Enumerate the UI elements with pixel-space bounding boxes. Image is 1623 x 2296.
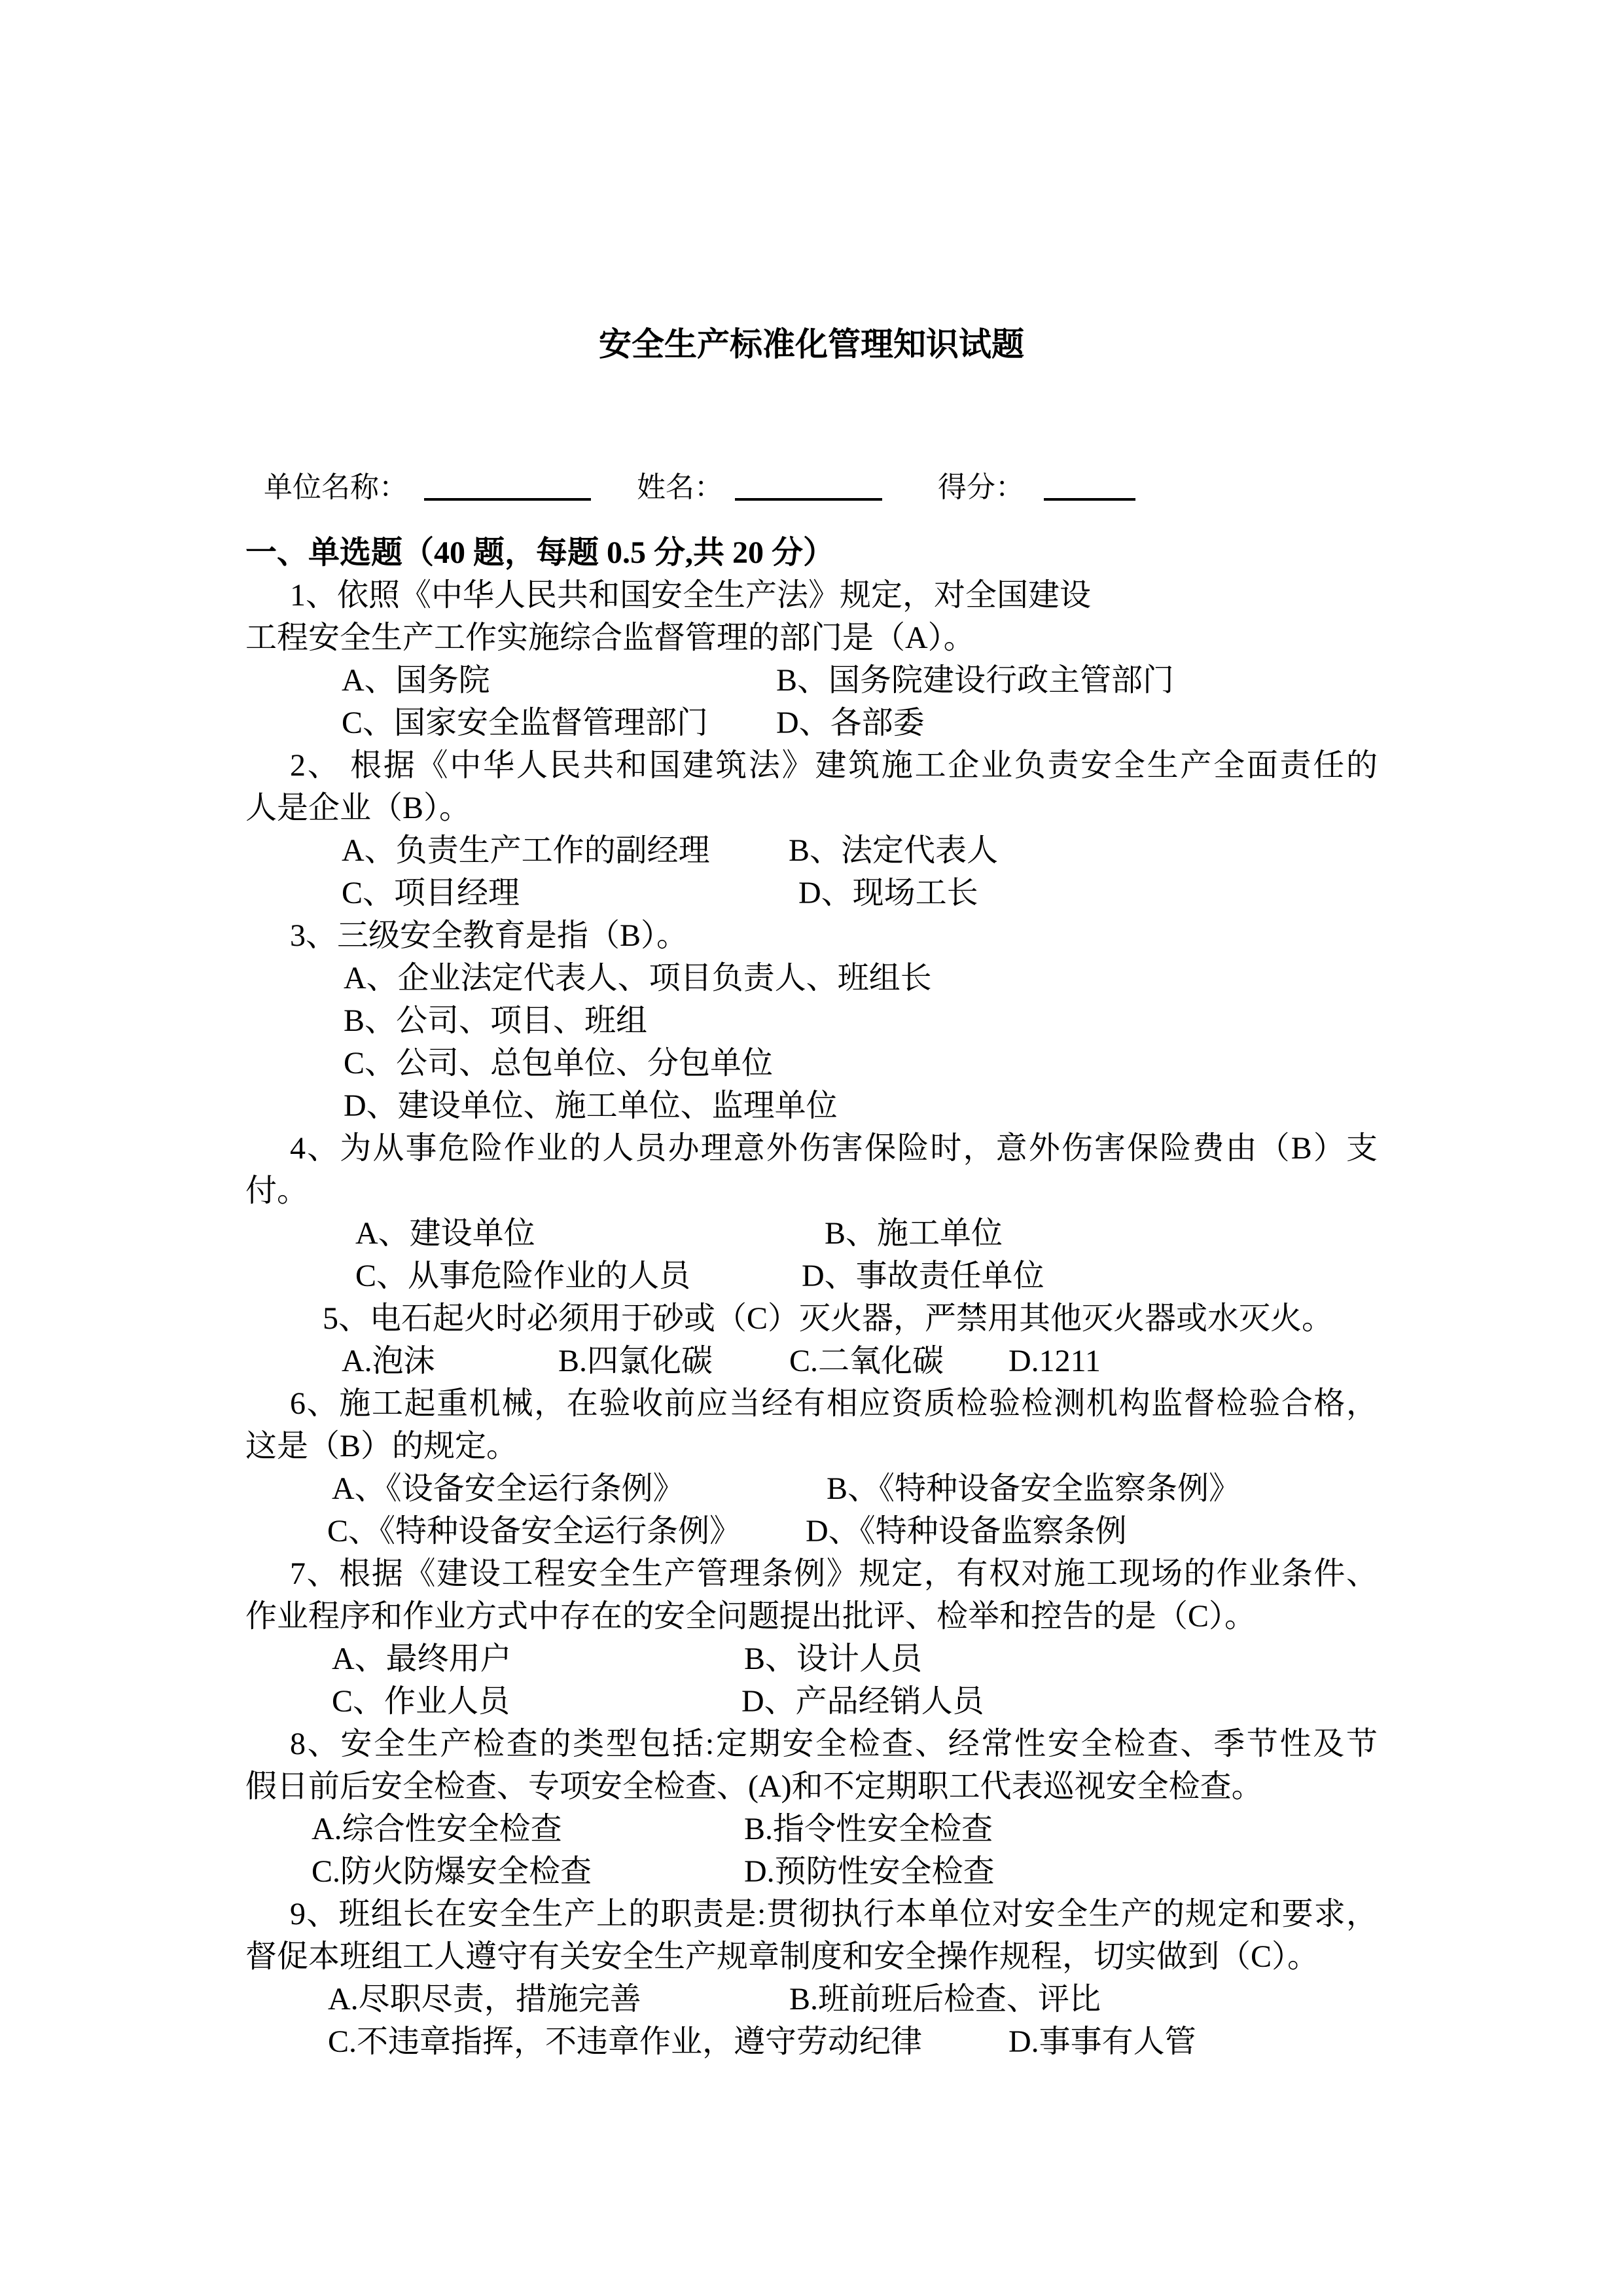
question-3-line-1: 3、三级安全教育是指（B）。	[245, 914, 1378, 957]
page-title: 安全生产标准化管理知识试题	[245, 325, 1378, 364]
question-5-line-1: 5、电石起火时必须用于砂或（C）灭火器，严禁用其他灭火器或水灭火。	[245, 1297, 1378, 1340]
q2-option-b: B、法定代表人	[789, 829, 998, 872]
q3-option-c: C、公司、总包单位、分包单位	[245, 1042, 1378, 1085]
question-8-options-cd: C.防火防爆安全检查 D.预防性安全检查	[245, 1850, 1378, 1893]
q4-option-b: B、施工单位	[825, 1212, 1003, 1255]
question-9-options-ab: A.尽职尽责，措施完善 B.班前班后检查、评比	[245, 1978, 1378, 2020]
question-2-line-1: 2、 根据《中华人民共和国建筑法》建筑施工企业负责安全生产全面责任的	[245, 744, 1378, 787]
q7-option-a: A、最终用户	[332, 1638, 512, 1680]
exam-document-page: 安全生产标准化管理知识试题 单位名称：姓名：得分： 一、单选题（40 题，每题 …	[0, 0, 1623, 2296]
question-9-options-cd: C.不违章指挥，不违章作业，遵守劳动纪律 D.事事有人管	[245, 2020, 1378, 2063]
question-4-line-1: 4、为从事危险作业的人员办理意外伤害保险时，意外伤害保险费由（B）支	[245, 1127, 1378, 1170]
name-label: 姓名：	[637, 465, 723, 511]
unit-name-blank	[424, 469, 591, 501]
question-7-line-1: 7、根据《建设工程安全生产管理条例》规定，有权对施工现场的作业条件、	[245, 1552, 1378, 1595]
q1-option-d: D、各部委	[776, 702, 925, 744]
question-6-options-cd: C、《特种设备安全运行条例》 D、《特种设备监察条例	[245, 1510, 1378, 1552]
score-label: 得分：	[938, 465, 1024, 511]
q6-option-a: A、《设备安全运行条例》	[332, 1467, 685, 1510]
question-6-options-ab: A、《设备安全运行条例》 B、《特种设备安全监察条例》	[245, 1467, 1378, 1510]
q5-option-a: A.泡沫	[342, 1340, 435, 1382]
q7-option-d: D、产品经销人员	[741, 1680, 984, 1723]
name-blank	[735, 469, 882, 501]
section-heading: 一、单选题（40 题，每题 0.5 分,共 20 分）	[245, 531, 1378, 574]
q6-option-d: D、《特种设备监察条例	[806, 1510, 1127, 1552]
q3-option-b: B、公司、项目、班组	[245, 999, 1378, 1042]
q9-option-a: A.尽职尽责，措施完善	[328, 1978, 641, 2020]
question-4-line-2: 付。	[245, 1170, 1378, 1212]
question-list: 一、单选题（40 题，每题 0.5 分,共 20 分） 1、依照《中华人民共和国…	[245, 531, 1378, 2063]
q9-option-d: D.事事有人管	[1008, 2020, 1196, 2063]
q4-option-d: D、事故责任单位	[802, 1255, 1044, 1297]
question-2-options-ab: A、负责生产工作的副经理 B、法定代表人	[245, 829, 1378, 872]
q3-option-a: A、企业法定代表人、项目负责人、班组长	[245, 957, 1378, 999]
question-4-options-ab: A、建设单位 B、施工单位	[245, 1212, 1378, 1255]
q8-option-b: B.指令性安全检查	[744, 1808, 993, 1850]
question-6-line-2: 这是（B）的规定。	[245, 1425, 1378, 1467]
question-2-line-2: 人是企业（B）。	[245, 787, 1378, 829]
q5-option-b: B.四氯化碳	[558, 1340, 713, 1382]
q8-option-d: D.预防性安全检查	[744, 1850, 995, 1893]
question-1-line-2: 工程安全生产工作实施综合监督管理的部门是（A）。	[245, 617, 1378, 659]
q4-option-a: A、建设单位	[355, 1212, 535, 1255]
q1-option-b: B、国务院建设行政主管部门	[776, 659, 1174, 702]
q2-option-a: A、负责生产工作的副经理	[342, 829, 710, 872]
q1-option-c: C、国家安全监督管理部门	[342, 702, 708, 744]
question-8-line-2: 假日前后安全检查、专项安全检查、(A)和不定期职工代表巡视安全检查。	[245, 1765, 1378, 1808]
question-2-options-cd: C、项目经理 D、现场工长	[245, 872, 1378, 914]
question-5-options: A.泡沫 B.四氯化碳 C.二氧化碳 D.1211	[245, 1340, 1378, 1382]
question-8-options-ab: A.综合性安全检查 B.指令性安全检查	[245, 1808, 1378, 1850]
q7-option-c: C、作业人员	[332, 1680, 510, 1723]
q6-option-c: C、《特种设备安全运行条例》	[327, 1510, 741, 1552]
question-1-options-cd: C、国家安全监督管理部门 D、各部委	[245, 702, 1378, 744]
question-1-line-1: 1、依照《中华人民共和国安全生产法》规定，对全国建设	[245, 574, 1378, 617]
question-1-options-ab: A、国务院 B、国务院建设行政主管部门	[245, 659, 1378, 702]
q2-option-c: C、项目经理	[342, 872, 520, 914]
q5-option-d: D.1211	[1008, 1340, 1101, 1382]
q5-option-c: C.二氧化碳	[789, 1340, 944, 1382]
unit-name-label: 单位名称：	[264, 465, 408, 511]
question-9-line-2: 督促本班组工人遵守有关安全生产规章制度和安全操作规程，切实做到（C）。	[245, 1935, 1378, 1978]
q8-option-c: C.防火防爆安全检查	[312, 1850, 592, 1893]
question-8-line-1: 8、安全生产检查的类型包括:定期安全检查、经常性安全检查、季节性及节	[245, 1723, 1378, 1765]
question-7-options-ab: A、最终用户 B、设计人员	[245, 1638, 1378, 1680]
q7-option-b: B、设计人员	[744, 1638, 922, 1680]
question-9-line-1: 9、班组长在安全生产上的职责是:贯彻执行本单位对安全生产的规定和要求，	[245, 1893, 1378, 1935]
question-6-line-1: 6、施工起重机械，在验收前应当经有相应资质检验检测机构监督检验合格，	[245, 1382, 1378, 1425]
q9-option-c: C.不违章指挥，不违章作业，遵守劳动纪律	[328, 2020, 922, 2063]
q3-option-d: D、建设单位、施工单位、监理单位	[245, 1085, 1378, 1127]
q8-option-a: A.综合性安全检查	[312, 1808, 562, 1850]
q9-option-b: B.班前班后检查、评比	[789, 1978, 1101, 2020]
score-blank	[1044, 469, 1135, 501]
question-7-options-cd: C、作业人员 D、产品经销人员	[245, 1680, 1378, 1723]
q4-option-c: C、从事危险作业的人员	[355, 1255, 690, 1297]
q6-option-b: B、《特种设备安全监察条例》	[827, 1467, 1240, 1510]
q1-option-a: A、国务院	[342, 659, 490, 702]
question-4-options-cd: C、从事危险作业的人员 D、事故责任单位	[245, 1255, 1378, 1297]
header-fields: 单位名称：姓名：得分：	[245, 465, 1397, 511]
question-7-line-2: 作业程序和作业方式中存在的安全问题提出批评、检举和控告的是（C）。	[245, 1595, 1378, 1638]
q2-option-d: D、现场工长	[798, 872, 978, 914]
